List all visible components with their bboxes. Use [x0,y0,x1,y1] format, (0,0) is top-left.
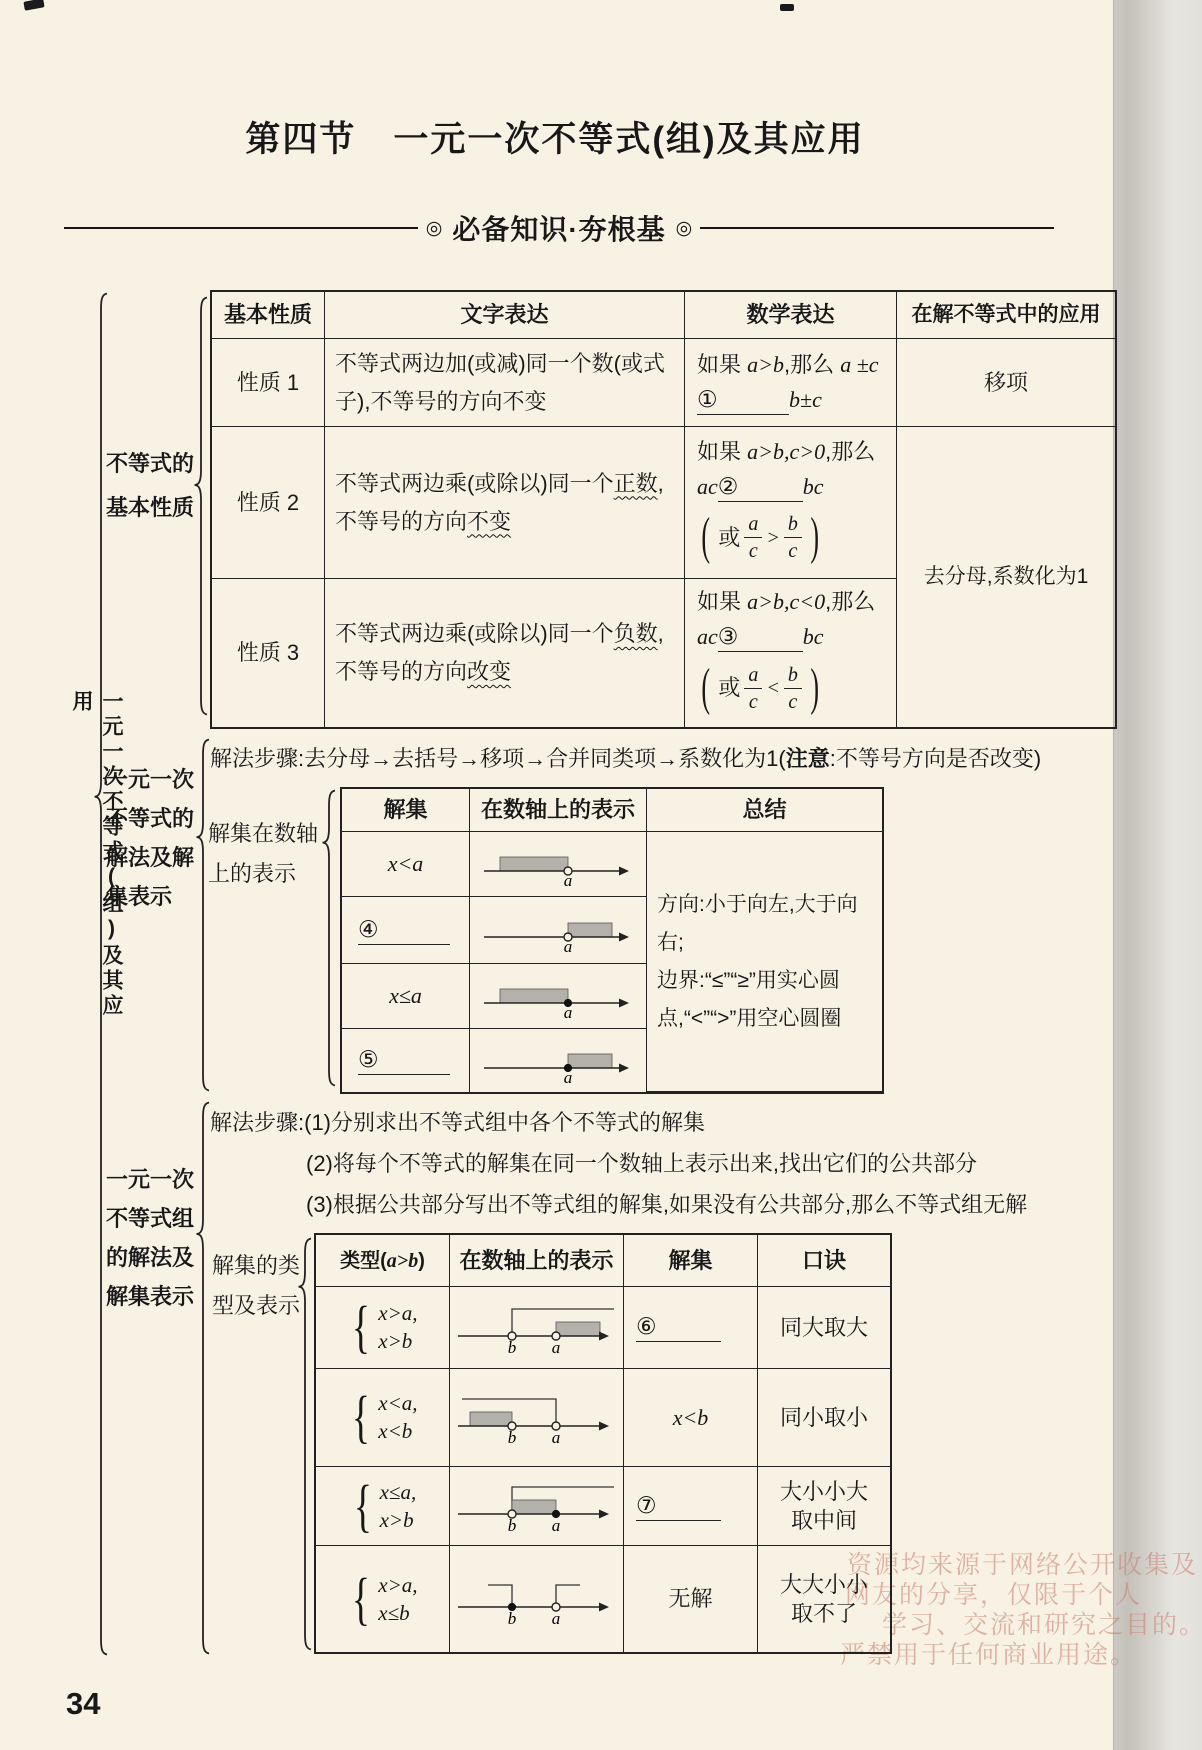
scan-speck [780,4,794,11]
svg-text:a: a [552,1428,561,1445]
page-number: 34 [66,1686,100,1722]
system-steps-line3: (3)根据公共部分写出不等式组的解集,如果没有公共部分,那么不等式组无解 [306,1188,1027,1219]
fraction-note: ( 或 ac > bc ) [697,507,823,569]
svg-text:b: b [508,1428,517,1445]
property1-application: 移项 [897,339,1115,427]
numberline-between: b a [450,1467,624,1546]
system-both-greater: {x>a,x>b [316,1287,450,1369]
col-header-application: 在解不等式中的应用 [897,292,1115,339]
numberline-x-le-a: a [470,964,647,1029]
mnemonic-same-large: 同大取大 [758,1287,890,1369]
property3-math: 如果 a>b,c<0,那么 ac③bc ( 或 ac < bc ) [685,579,897,727]
solution-set-blank-5: ⑤ [342,1029,470,1092]
banner-line-right [700,227,1054,229]
solution-blank-6: ⑥ [624,1287,758,1369]
solution-set-table: 解集 在数轴上的表示 总结 x<a a 方向:小于向左,大于向右; 边界:“≤”… [340,787,884,1094]
system-steps-line2: (2)将每个不等式的解集在同一个数轴上表示出来,找出它们的公共部分 [306,1147,977,1178]
system-between: {x≤a,x>b [316,1467,450,1546]
textbook-page: 资源均来源于网络公开收集及 网友的分享，仅限于个人 学习、交流和研究之目的。 严… [0,0,1202,1750]
fill-blank-3: ③ [718,623,803,652]
banner-title: 必备知识·夯根基 [450,208,667,248]
watermark-line: 网友的分享，仅限于个人 [845,1581,1202,1611]
property1-name: 性质 1 [212,339,325,427]
page-edge-scan-band [1113,0,1202,1750]
svg-text:a: a [564,871,573,887]
property2-name: 性质 2 [212,427,325,579]
col-header-mnemonic: 口诀 [758,1235,890,1287]
property1-text: 不等式两边加(或减)同一个数(或式子),不等号的方向不变 [325,339,685,427]
svg-text:b: b [508,1516,517,1533]
fill-blank-2: ② [718,473,803,502]
col-header-property: 基本性质 [212,292,325,339]
system-both-less: {x<a,x<b [316,1369,450,1467]
system-steps-line1: 解法步骤:(1)分别求出不等式组中各个不等式的解集 [210,1106,705,1137]
fill-blank-1: ① [697,386,789,415]
scan-speck [23,0,44,11]
fill-blank-6: ⑥ [636,1313,721,1342]
properties-brace [194,296,208,716]
col-header-numberline: 在数轴上的表示 [450,1235,624,1287]
watermark-line: 资源均来源于网络公开收集及 [847,1551,1202,1581]
col-header-solution-set: 解集 [342,789,470,832]
system-types-table: 类型(a>b) 在数轴上的表示 解集 口诀 {x>a,x>b b a ⑥ 同大取… [314,1233,892,1654]
label-solution-types: 解集的类 型及表示 [212,1246,300,1326]
col-header-solution: 解集 [624,1235,758,1287]
svg-text:a: a [552,1516,561,1533]
solution-set-x-le-a: x≤a [342,964,470,1029]
numberline-both-greater: b a [450,1287,624,1369]
property2-math: 如果 a>b,c>0,那么 ac②bc ( 或 ac > bc ) [685,427,897,579]
properties-table: 基本性质 文字表达 数学表达 在解不等式中的应用 性质 1 不等式两边加(或减)… [210,290,1117,729]
solution-set-x-lt-a: x<a [342,832,470,897]
label-system-solving: 一元一次 不等式组 的解法及 解集表示 [106,1160,194,1316]
solution-x-lt-b: x<b [624,1369,758,1467]
property2-text: 不等式两边乘(或除以)同一个正数,不等号的方向不变 [325,427,685,579]
double-circle-icon: ◎ [676,219,693,238]
svg-text:a: a [564,1068,573,1084]
fraction-note: ( 或 ac < bc ) [697,657,823,719]
svg-text:b: b [508,1609,517,1626]
numberline-x-lt-a: a [470,832,647,897]
numberline-x-gt-a: a [470,897,647,964]
watermark: 资源均来源于网络公开收集及 网友的分享，仅限于个人 学习、交流和研究之目的。 严… [840,1551,1202,1671]
col-header-summary: 总结 [647,789,882,832]
label-inequality-solving: 一元一次 不等式的 解法及解 集表示 [106,760,194,916]
label-basic-properties: 不等式的 基本性质 [106,442,194,530]
solution-types-brace [298,1237,312,1651]
property1-math: 如果 a>b,那么 a ±c ①b±c [685,339,897,427]
solution-set-blank-4: ④ [342,897,470,964]
watermark-line: 学习、交流和研究之目的。 [882,1611,1202,1641]
banner-line-left [64,227,418,229]
summary-text: 方向:小于向左,大于向右; 边界:“≤”“≥”用实心圆 点,“<”“>”用空心圆… [647,832,882,1092]
solution-blank-7: ⑦ [624,1467,758,1546]
fill-blank-5: ⑤ [358,1046,450,1075]
property3-name: 性质 3 [212,579,325,727]
mnemonic-take-middle: 大小小大 取中间 [758,1467,890,1546]
solution-none: 无解 [624,1546,758,1652]
fill-blank-4: ④ [358,916,450,945]
section-banner: ◎ 必备知识·夯根基 ◎ [64,206,1054,250]
svg-text:a: a [552,1609,561,1626]
svg-text:b: b [508,1338,517,1355]
svg-text:a: a [564,1003,573,1019]
property23-application: 去分母,系数化为1 [897,427,1115,727]
watermark-line: 严禁用于任何商业用途。 [840,1641,1202,1671]
fill-blank-7: ⑦ [636,1492,721,1521]
numberline-x-ge-a: a [470,1029,647,1092]
property3-text: 不等式两边乘(或除以)同一个负数,不等号的方向改变 [325,579,685,727]
mnemonic-cannot-take: 大大小小 取不了 [758,1546,890,1652]
label-numberline-representation: 解集在数轴 上的表示 [208,814,318,894]
mnemonic-same-small: 同小取小 [758,1369,890,1467]
svg-text:a: a [552,1338,561,1355]
double-circle-icon: ◎ [426,219,443,238]
page-title: 第四节 一元一次不等式(组)及其应用 [60,112,1050,162]
col-header-type: 类型(a>b) [316,1235,450,1287]
numberline-no-solution: b a [450,1546,624,1652]
col-header-text: 文字表达 [325,292,685,339]
col-header-numberline: 在数轴上的表示 [470,789,647,832]
system-brace [196,1101,210,1655]
numberline-both-less: b a [450,1369,624,1467]
numberline-brace [322,789,336,1087]
col-header-math: 数学表达 [685,292,897,339]
system-no-solution: {x>a,x≤b [316,1546,450,1652]
svg-text:a: a [564,937,573,953]
inequality-brace [196,738,210,1092]
solving-steps-inequality: 解法步骤:去分母→去括号→移项→合并同类项→系数化为1(注意:不等号方向是否改变… [210,742,1041,773]
